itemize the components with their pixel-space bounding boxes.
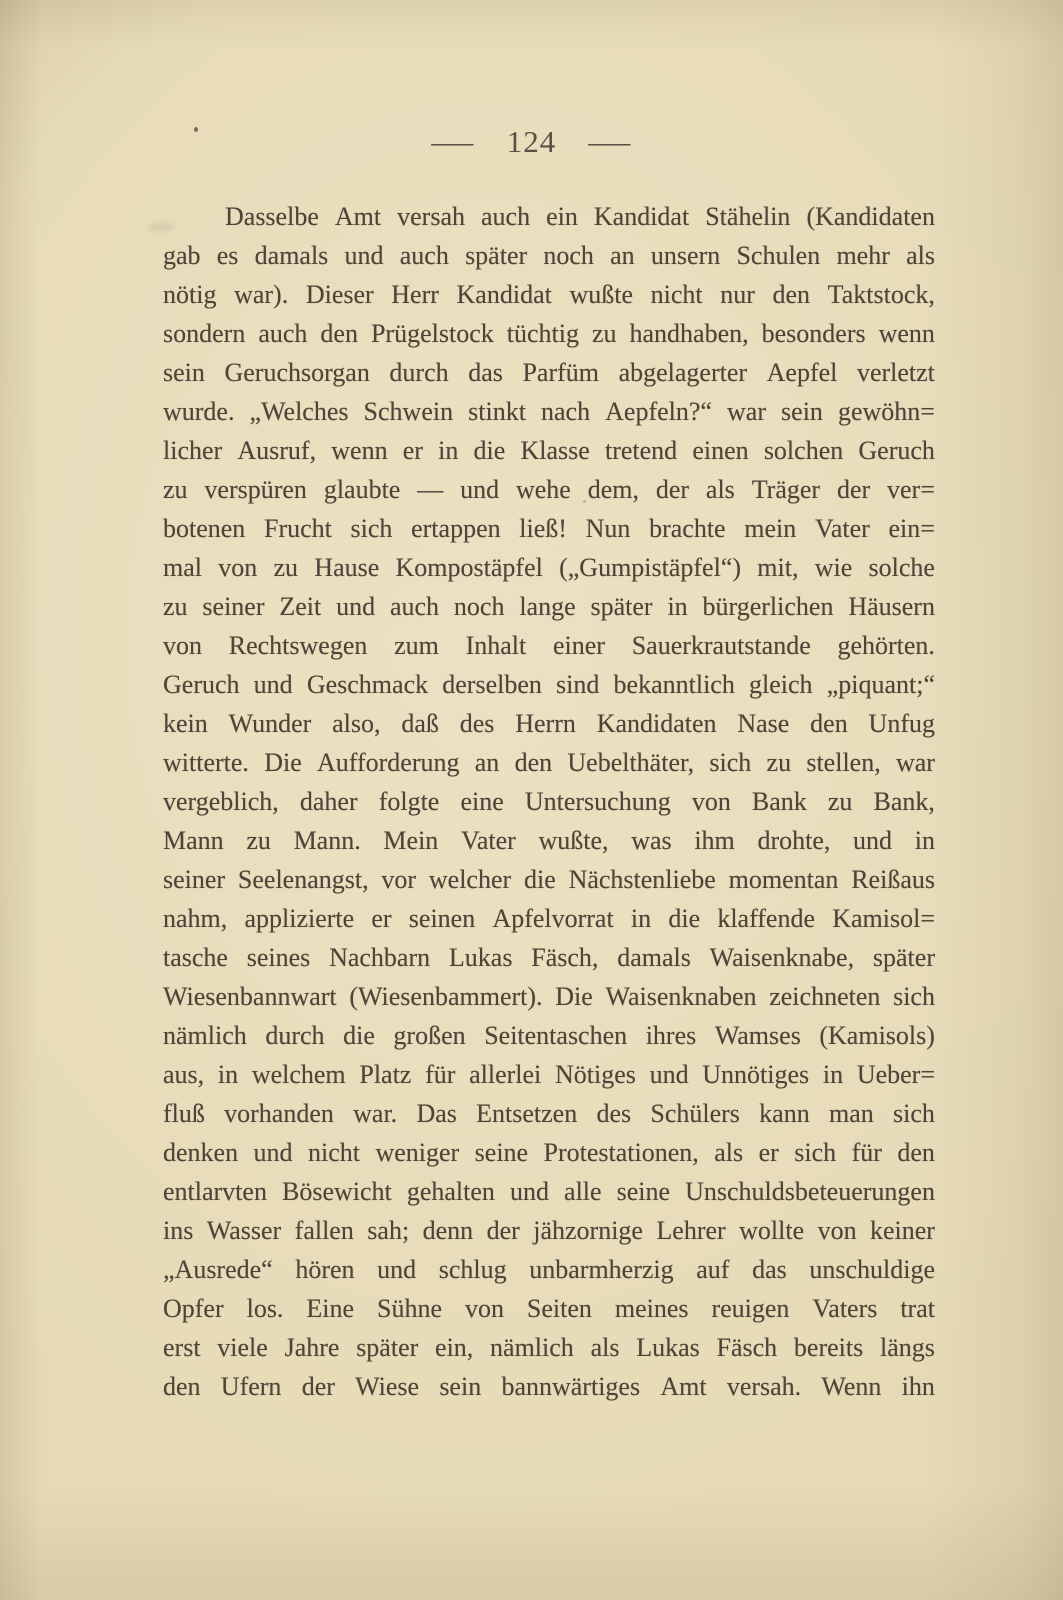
- text-line: entlarvtenBösewichtgehaltenundalleseineU…: [163, 1177, 935, 1216]
- scanned-book-page: — 124 — DasselbeAmtversahaucheinKandidat…: [0, 0, 1063, 1600]
- text-line: zuverspürenglaubte—undwehedem,deralsTräg…: [163, 475, 935, 514]
- text-line: nötigwar).DieserHerrKandidatwußtenichtnu…: [163, 280, 935, 319]
- text-line: witterte.DieAufforderungandenUebelthäter…: [163, 748, 935, 787]
- text-line: zuseinerZeitundauchnochlangespäterinbürg…: [163, 592, 935, 631]
- folio-dash-left: —: [431, 124, 474, 160]
- text-line: malvonzuHauseKompostäpfel(„Gumpistäpfel“…: [163, 553, 935, 592]
- text-line: „Ausrede“hörenundschlugunbarmherzigaufda…: [163, 1255, 935, 1294]
- text-line: vonRechtswegenzumInhalteinerSauerkrautst…: [163, 631, 935, 670]
- text-line: sondernauchdenPrügelstocktüchtigzuhandha…: [163, 319, 935, 358]
- text-line: gabesdamalsundauchspäternochanunsernSchu…: [163, 241, 935, 280]
- text-line: insWasserfallensah;dennderjähzornigeLehr…: [163, 1216, 935, 1255]
- text-line: GeruchundGeschmackderselbensindbekanntli…: [163, 670, 935, 709]
- text-line: tascheseinesNachbarnLukasFäsch,damalsWai…: [163, 943, 935, 982]
- text-line: flußvorhandenwar.DasEntsetzendesSchülers…: [163, 1099, 935, 1138]
- folio-dash-right: —: [589, 124, 632, 160]
- text-line: Wiesenbannwart(Wiesenbammert).DieWaisenk…: [163, 982, 935, 1021]
- text-line: nämlichdurchdiegroßenSeitentaschenihresW…: [163, 1021, 935, 1060]
- text-line: licherAusruf,wennerindieKlassetretendein…: [163, 436, 935, 475]
- text-line: vergeblich,daherfolgteeineUntersuchungvo…: [163, 787, 935, 826]
- text-line: denkenundnichtwenigerseineProtestationen…: [163, 1138, 935, 1177]
- text-line: keinWunderalso,daßdesHerrnKandidatenNase…: [163, 709, 935, 748]
- page-number: 124: [507, 124, 557, 160]
- page-header: — 124 —: [0, 124, 1063, 160]
- text-line: erstvieleJahrespäterein,nämlichalsLukasF…: [163, 1333, 935, 1372]
- text-line: denUfernderWieseseinbannwärtigesAmtversa…: [163, 1372, 935, 1411]
- text-line: DasselbeAmtversahaucheinKandidatStähelin…: [163, 202, 935, 241]
- page-body: DasselbeAmtversahaucheinKandidatStähelin…: [163, 202, 935, 1411]
- text-line: seinGeruchsorgandurchdasParfümabgelagert…: [163, 358, 935, 397]
- text-line: Opferlos.EineSühnevonSeitenmeinesreuigen…: [163, 1294, 935, 1333]
- text-line: aus,inwelchemPlatzfürallerleiNötigesundU…: [163, 1060, 935, 1099]
- text-line: MannzuMann.MeinVaterwußte,wasihmdrohte,u…: [163, 826, 935, 865]
- text-line: seinerSeelenangst,vorwelcherdieNächstenl…: [163, 865, 935, 904]
- text-line: wurde.„WelchesSchweinstinktnachAepfeln?“…: [163, 397, 935, 436]
- text-line: botenenFruchtsichertappenließ!Nunbrachte…: [163, 514, 935, 553]
- text-line: nahm,applizierteerseinenApfelvorratindie…: [163, 904, 935, 943]
